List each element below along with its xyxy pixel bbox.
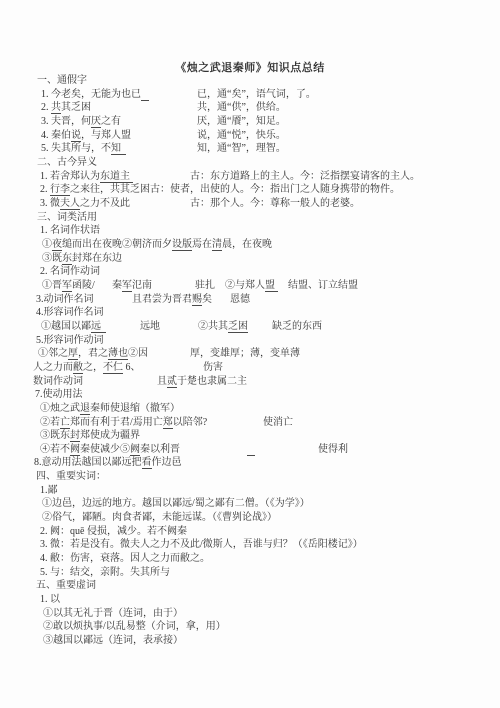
text-segment: ③既东封郑使成为疆界 [40, 429, 140, 442]
text-segment: 五、重要虚词 [36, 579, 96, 592]
document-line: 2. 阙：quē 侵损，减少。若不阙秦 [0, 525, 500, 539]
document-line: 4. 秦伯说，与郑人盟说，通“悦”，快乐。 [0, 129, 500, 143]
text-segment: 7.使动用法 [35, 388, 83, 401]
text-segment: 1. 以 [40, 593, 60, 606]
document-line: ①邻之厚，君之薄也②因厚，变雄厚；薄，变单薄 [0, 347, 500, 361]
text-segment: 且君尝为晋君赐矣 [132, 293, 212, 306]
document-line: ③越国以鄙远（连词，表承接） [0, 634, 500, 648]
page-title: 《烛之武退秦师》知识点总结 [0, 59, 500, 75]
text-segment: 1. 若舍郑认为东道主 [40, 170, 133, 183]
text-segment: 已，通“矣”，语气词，了。 [197, 88, 316, 101]
text-segment: 四、重要实词： [36, 470, 106, 483]
text-segment: 人之力而敝之，不仁 6、 [33, 361, 141, 374]
text-segment: ①以其无礼于晋（连词，由于） [43, 607, 183, 620]
document-line: 5. 与：结交，亲附。失其所与 [0, 566, 500, 580]
document-line: 五、重要虚词 [0, 579, 500, 593]
document-line: 2. 名词作动词 [0, 265, 500, 279]
document-line: 1. 若舍郑认为东道主 古：东方道路上的主人。今：泛指摆宴请客的主人。 [0, 170, 500, 184]
document-line: 二、古今异义 [0, 156, 500, 170]
text-segment: 恩德 [230, 293, 250, 306]
document-line: 人之力而敝之，不仁 6、伤害 [0, 361, 500, 375]
text-segment: 1. 名词作状语 [40, 224, 100, 237]
text-segment: 4. 秦伯说，与郑人盟 [41, 129, 131, 142]
document-line: 2. 共其乏困共，通“供”，供给。 [0, 101, 500, 115]
document-line: 2. 行李之来往，共其乏困古：使者，出使的人。今：指出门之人随身携带的物件。 [0, 183, 500, 197]
text-segment: 古：东方道路上的主人。今：泛指摆宴请客的主人。 [190, 170, 420, 183]
document-line: ①烛之武退秦师使退缩（撤军） [0, 402, 500, 416]
text-segment: 驻扎 [195, 279, 215, 292]
document-line: 1.鄙 [0, 484, 500, 498]
text-segment: 说，通“悦”，快乐。 [197, 129, 286, 142]
text-segment: ①边邑，边远的地方。越国以鄙远/蜀之鄙有二僧。（《为学》） [42, 497, 310, 510]
text-segment: 秦军氾南 [112, 279, 152, 292]
document-line: ③既东封郑在东边 [0, 252, 500, 266]
text-segment: 3.动词作名词 [36, 293, 94, 306]
text-segment: 伤害 [203, 361, 223, 374]
text-segment: 2. 行李之来往，共其乏困 [40, 183, 150, 196]
text-segment: 一、通假字 [37, 74, 87, 87]
text-segment: 古：那个人。今：尊称一般人的老婆。 [190, 197, 360, 210]
text-segment: ③既东封郑在东边 [42, 252, 122, 265]
text-segment: 使得利 [318, 443, 348, 456]
document-line: 4.形容词作名词 [0, 306, 500, 320]
text-segment: ①越国以鄙远 [41, 320, 106, 333]
text-segment: ④若不阙秦使减少⑤阙秦以利晋 [40, 443, 180, 456]
document-line: ①以其无礼于晋（连词，由于） [0, 607, 500, 621]
document-line: ①边邑，边远的地方。越国以鄙远/蜀之鄙有二僧。（《为学》） [0, 497, 500, 511]
text-segment [247, 443, 255, 456]
document-line: 数词作动词且贰于楚也隶属二主 [0, 375, 500, 389]
text-segment: ②敢以烦执事/以乱易整（介词，拿，用） [43, 620, 226, 633]
document-line: 3. 微：若是没有。微夫人之力不及此/微斯人，吾谁与归？（《岳阳楼记》） [0, 538, 500, 552]
document-line: 1. 名词作状语 [0, 224, 500, 238]
document-line: ④若不阙秦使减少⑤阙秦以利晋 使得利 [0, 443, 500, 457]
document-line: 8.意动用法越国以鄙远把看作边邑 [0, 456, 500, 470]
document-line: ②敢以烦执事/以乱易整（介词，拿，用） [0, 620, 500, 634]
document-line: 3.动词作名词且君尝为晋君赐矣恩德 [0, 293, 500, 307]
text-segment: 3. 微：若是没有。微夫人之力不及此/微斯人，吾谁与归？（《岳阳楼记》） [40, 538, 363, 551]
text-segment: ①烛之武退秦师使退缩（撤军） [40, 402, 180, 415]
document-line: ③既东封郑使成为疆界 [0, 429, 500, 443]
document-line: 三、词类活用 [0, 211, 500, 225]
document-line: ①越国以鄙远 远地②共其乏困缺乏的东西 [0, 320, 500, 334]
text-segment: ②若亡郑而有利于君/焉用亡郑以陪邻? [40, 416, 207, 429]
text-segment: 1.鄙 [40, 484, 58, 497]
text-segment: ②共其乏困 [198, 320, 248, 333]
text-segment: 知，通“智”，理智。 [197, 142, 286, 155]
document-line: ①夜缒而出在夜晚②朝济而夕设版焉在清晨，在夜晚 [0, 238, 500, 252]
document-line: 一、通假字 [0, 74, 500, 88]
text-segment: 5. 与：结交，亲附。失其所与 [40, 566, 170, 579]
document-line: 四、重要实词： [0, 470, 500, 484]
document-line: 3. 微夫人之力不及此古：那个人。今：尊称一般人的老婆。 [0, 197, 500, 211]
text-segment: 使消亡 [263, 416, 293, 429]
text-segment: 结盟、订立结盟 [288, 279, 358, 292]
text-segment: 共，通“供”，供给。 [197, 101, 286, 114]
text-segment: 2. 名词作动词 [40, 265, 100, 278]
text-segment: ②俗气，鄙陋。肉食者鄙，未能远谋。（《曹刿论战》） [42, 511, 277, 524]
text-segment: 缺乏的东西 [272, 320, 322, 333]
text-segment: 8.意动用法越国以鄙远把看作边邑 [34, 456, 182, 469]
document-line: 5.形容词作动词 [0, 334, 500, 348]
document-line: 3. 夫晋，何厌之有厌，通“餍”，知足。 [0, 115, 500, 129]
text-segment: 4. 敝：伤害，衰落。因人之力而敝之。 [40, 552, 210, 565]
text-segment: ①邻之厚，君之薄也②因 [38, 347, 148, 360]
text-segment: ③越国以鄙远（连词，表承接） [43, 634, 183, 647]
document-line: ①晋军函陵/秦军氾南驻扎②与郑人盟 结盟、订立结盟 [0, 279, 500, 293]
text-segment: ②与郑人盟 [225, 279, 278, 292]
text-segment: 1. 今老矣，无能为也已 [41, 88, 149, 101]
document-line: 1. 以 [0, 593, 500, 607]
document-line: ②俗气，鄙陋。肉食者鄙，未能远谋。（《曹刿论战》） [0, 511, 500, 525]
document-line: 5. 失其所与，不知 知，通“智”，理智。 [0, 142, 500, 156]
text-segment: 远地 [140, 320, 160, 333]
text-segment: 5.形容词作动词 [36, 334, 104, 347]
text-segment: 厚，变雄厚；薄，变单薄 [190, 347, 300, 360]
text-segment: 厌，通“餍”，知足。 [197, 115, 286, 128]
text-segment: 二、古今异义 [37, 156, 97, 169]
text-segment: 2. 阙：quē 侵损，减少。若不阙秦 [40, 525, 187, 538]
document-line: 1. 今老矣，无能为也已 已，通“矣”，语气词，了。 [0, 88, 500, 102]
text-segment: 3. 微夫人之力不及此 [40, 197, 130, 210]
text-segment: 三、词类活用 [37, 211, 97, 224]
text-segment: 2. 共其乏困 [41, 101, 91, 114]
text-segment: 且贰于楚也隶属二主 [157, 375, 247, 388]
text-segment: 古：使者，出使的人。今：指出门之人随身携带的物件。 [150, 183, 400, 196]
text-segment: 数词作动词 [33, 375, 83, 388]
text-segment: 4.形容词作名词 [36, 306, 104, 319]
text-segment: ①晋军函陵/ [42, 279, 95, 292]
document-page: 《烛之武退秦师》知识点总结 一、通假字1. 今老矣，无能为也已 已，通“矣”，语… [0, 0, 500, 708]
text-segment: 5. 失其所与，不知 [41, 142, 126, 155]
text-segment: ①夜缒而出在夜晚②朝济而夕设版焉在清晨，在夜晚 [42, 238, 272, 251]
document-line: ②若亡郑而有利于君/焉用亡郑以陪邻?使消亡 [0, 416, 500, 430]
document-line: 4. 敝：伤害，衰落。因人之力而敝之。 [0, 552, 500, 566]
document-line: 7.使动用法 [0, 388, 500, 402]
text-segment: 3. 夫晋，何厌之有 [41, 115, 121, 128]
